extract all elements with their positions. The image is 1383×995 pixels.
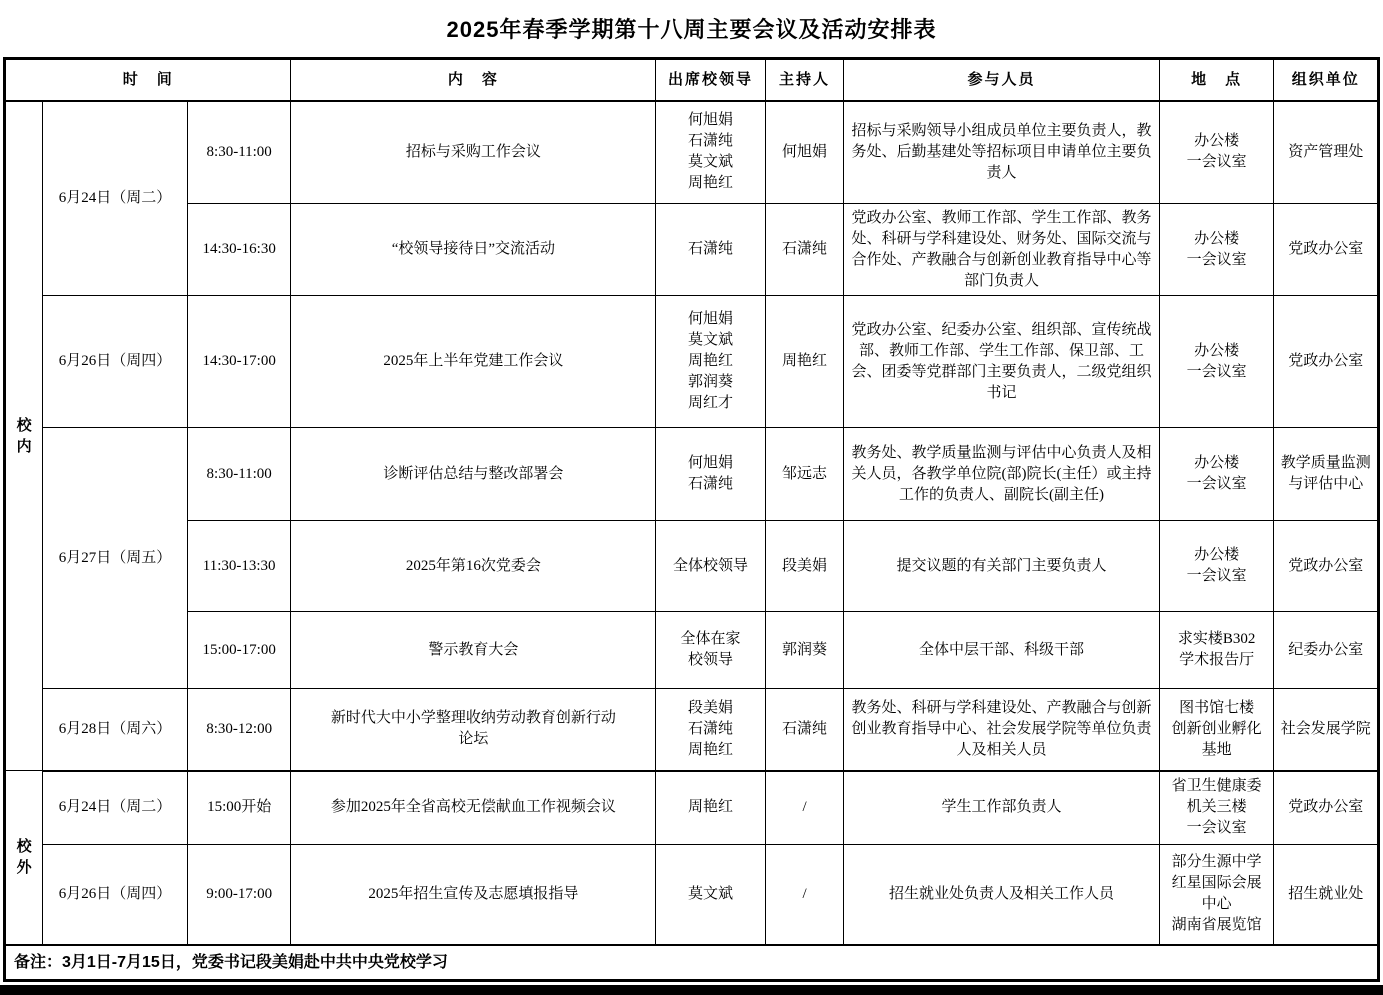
participants-cell: 招标与采购领导小组成员单位主要负责人，教务处、后勤基建处等招标项目申请单位主要负… — [844, 101, 1160, 204]
location-cell: 部分生源中学 红星国际会展 中心 湖南省展览馆 — [1159, 845, 1274, 945]
schedule-page: 2025年春季学期第十八周主要会议及活动安排表 时 间 内 容 出席校领导 主持… — [0, 0, 1383, 995]
table-row: 6月27日（周五） 8:30-11:00 诊断评估总结与整改部署会 何旭娟 石潇… — [5, 428, 1379, 521]
col-header-host: 主持人 — [765, 59, 843, 101]
host-cell: 石潇纯 — [765, 204, 843, 296]
table-row: 15:00-17:00 警示教育大会 全体在家 校领导 郭润葵 全体中层干部、科… — [5, 612, 1379, 689]
time-cell: 8:30-12:00 — [187, 689, 291, 771]
host-cell: 何旭娟 — [765, 101, 843, 204]
content-cell: 招标与采购工作会议 — [291, 101, 656, 204]
note-row: 备注：3月1日-7月15日，党委书记段美娟赴中共中央党校学习 — [5, 945, 1379, 981]
time-cell: 15:00-17:00 — [187, 612, 291, 689]
location-cell: 图书馆七楼 创新创业孵化 基地 — [1159, 689, 1274, 771]
time-cell: 8:30-11:00 — [187, 101, 291, 204]
time-cell: 14:30-17:00 — [187, 296, 291, 428]
time-cell: 14:30-16:30 — [187, 204, 291, 296]
col-header-time: 时 间 — [5, 59, 291, 101]
org-cell: 党政办公室 — [1274, 771, 1379, 845]
org-cell: 资产管理处 — [1274, 101, 1379, 204]
content-cell: 参加2025年全省高校无偿献血工作视频会议 — [291, 771, 656, 845]
section-label-on-campus: 校内 — [5, 101, 43, 771]
participants-cell: 党政办公室、教师工作部、学生工作部、教务处、科研与学科建设处、财务处、国际交流与… — [844, 204, 1160, 296]
table-row: 6月28日（周六） 8:30-12:00 新时代大中小学整理收纳劳动教育创新行动… — [5, 689, 1379, 771]
participants-cell: 党政办公室、纪委办公室、组织部、宣传统战部、教师工作部、学生工作部、保卫部、工会… — [844, 296, 1160, 428]
leaders-cell: 周艳红 — [656, 771, 766, 845]
org-cell: 党政办公室 — [1274, 296, 1379, 428]
org-cell: 社会发展学院 — [1274, 689, 1379, 771]
content-cell: “校领导接待日”交流活动 — [291, 204, 656, 296]
col-header-location: 地 点 — [1159, 59, 1274, 101]
host-cell: 邹远志 — [765, 428, 843, 521]
host-cell: 周艳红 — [765, 296, 843, 428]
org-cell: 党政办公室 — [1274, 204, 1379, 296]
org-cell: 纪委办公室 — [1274, 612, 1379, 689]
leaders-cell: 段美娟 石潇纯 周艳红 — [656, 689, 766, 771]
leaders-cell: 何旭娟 莫文斌 周艳红 郭润葵 周红才 — [656, 296, 766, 428]
location-cell: 求实楼B302 学术报告厅 — [1159, 612, 1274, 689]
leaders-cell: 全体在家 校领导 — [656, 612, 766, 689]
leaders-cell: 石潇纯 — [656, 204, 766, 296]
date-cell: 6月26日（周四） — [43, 296, 188, 428]
col-header-participants: 参与人员 — [844, 59, 1160, 101]
content-cell: 2025年第16次党委会 — [291, 521, 656, 612]
org-cell: 党政办公室 — [1274, 521, 1379, 612]
table-row: 校外 6月24日（周二） 15:00开始 参加2025年全省高校无偿献血工作视频… — [5, 771, 1379, 845]
location-cell: 办公楼 一会议室 — [1159, 204, 1274, 296]
table-row: 6月26日（周四） 9:00-17:00 2025年招生宣传及志愿填报指导 莫文… — [5, 845, 1379, 945]
col-header-org: 组织单位 — [1274, 59, 1379, 101]
participants-cell: 教务处、科研与学科建设处、产教融合与创新创业教育指导中心、社会发展学院等单位负责… — [844, 689, 1160, 771]
host-cell: 段美娟 — [765, 521, 843, 612]
location-cell: 办公楼 一会议室 — [1159, 296, 1274, 428]
location-cell: 办公楼 一会议室 — [1159, 521, 1274, 612]
date-cell: 6月26日（周四） — [43, 845, 188, 945]
org-cell: 教学质量监测 与评估中心 — [1274, 428, 1379, 521]
content-cell: 2025年招生宣传及志愿填报指导 — [291, 845, 656, 945]
leaders-cell: 全体校领导 — [656, 521, 766, 612]
participants-cell: 学生工作部负责人 — [844, 771, 1160, 845]
host-cell: 石潇纯 — [765, 689, 843, 771]
date-cell: 6月24日（周二） — [43, 101, 188, 296]
schedule-table: 时 间 内 容 出席校领导 主持人 参与人员 地 点 组织单位 校内 6月24日… — [3, 57, 1380, 982]
host-cell: / — [765, 845, 843, 945]
page-title: 2025年春季学期第十八周主要会议及活动安排表 — [447, 13, 937, 44]
section-label-off-campus: 校外 — [5, 771, 43, 945]
date-cell: 6月28日（周六） — [43, 689, 188, 771]
time-cell: 8:30-11:00 — [187, 428, 291, 521]
content-cell: 诊断评估总结与整改部署会 — [291, 428, 656, 521]
table-row: 11:30-13:30 2025年第16次党委会 全体校领导 段美娟 提交议题的… — [5, 521, 1379, 612]
participants-cell: 提交议题的有关部门主要负责人 — [844, 521, 1160, 612]
location-cell: 办公楼 一会议室 — [1159, 428, 1274, 521]
table-row: 6月26日（周四） 14:30-17:00 2025年上半年党建工作会议 何旭娟… — [5, 296, 1379, 428]
location-cell: 办公楼 一会议室 — [1159, 101, 1274, 204]
org-cell: 招生就业处 — [1274, 845, 1379, 945]
col-header-content: 内 容 — [291, 59, 656, 101]
leaders-cell: 何旭娟 石潇纯 — [656, 428, 766, 521]
participants-cell: 全体中层干部、科级干部 — [844, 612, 1160, 689]
table-row: 14:30-16:30 “校领导接待日”交流活动 石潇纯 石潇纯 党政办公室、教… — [5, 204, 1379, 296]
time-cell: 11:30-13:30 — [187, 521, 291, 612]
participants-cell: 招生就业处负责人及相关工作人员 — [844, 845, 1160, 945]
title-bar: 2025年春季学期第十八周主要会议及活动安排表 — [0, 0, 1383, 57]
content-cell: 警示教育大会 — [291, 612, 656, 689]
col-header-leaders: 出席校领导 — [656, 59, 766, 101]
header-row: 时 间 内 容 出席校领导 主持人 参与人员 地 点 组织单位 — [5, 59, 1379, 101]
bottom-border-band — [0, 985, 1383, 995]
content-cell: 2025年上半年党建工作会议 — [291, 296, 656, 428]
participants-cell: 教务处、教学质量监测与评估中心负责人及相关人员，各教学单位院(部)院长(主任）或… — [844, 428, 1160, 521]
host-cell: 郭润葵 — [765, 612, 843, 689]
table-row: 校内 6月24日（周二） 8:30-11:00 招标与采购工作会议 何旭娟 石潇… — [5, 101, 1379, 204]
leaders-cell: 莫文斌 — [656, 845, 766, 945]
time-cell: 15:00开始 — [187, 771, 291, 845]
note-text: 备注：3月1日-7月15日，党委书记段美娟赴中共中央党校学习 — [5, 945, 1379, 981]
time-cell: 9:00-17:00 — [187, 845, 291, 945]
content-cell: 新时代大中小学整理收纳劳动教育创新行动 论坛 — [291, 689, 656, 771]
leaders-cell: 何旭娟 石潇纯 莫文斌 周艳红 — [656, 101, 766, 204]
host-cell: / — [765, 771, 843, 845]
date-cell: 6月27日（周五） — [43, 428, 188, 689]
date-cell: 6月24日（周二） — [43, 771, 188, 845]
location-cell: 省卫生健康委 机关三楼 一会议室 — [1159, 771, 1274, 845]
